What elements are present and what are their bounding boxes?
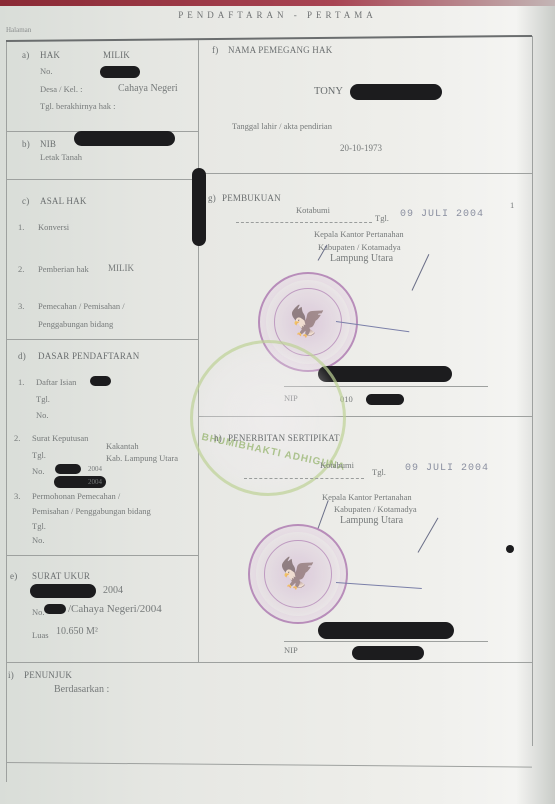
frame-left <box>6 42 7 782</box>
section-b-marker: b) <box>22 139 30 149</box>
penerbitan-line <box>244 478 364 479</box>
pembukuan-region: Lampung Utara <box>330 253 393 264</box>
cover-edge <box>0 0 555 6</box>
surat-keputusan-label: Surat Keputusan <box>32 433 88 443</box>
penunjuk-text: Berdasarkan : <box>54 684 109 695</box>
asal-item-3-text2: Penggabungan bidang <box>38 319 113 329</box>
section-f-marker: f) <box>212 45 218 55</box>
nib-label: NIB <box>40 139 56 149</box>
dasar-pendaftaran-label: DASAR PENDAFTARAN <box>38 351 139 361</box>
watermark-seal <box>190 340 346 496</box>
redaction-sk-no <box>55 464 81 474</box>
section-a-marker: a) <box>22 50 29 60</box>
tgl-berakhir-label: Tgl. berakhirnya hak : <box>40 101 116 111</box>
dasar-item-1-num: 1. <box>18 377 24 387</box>
hak-type-value: MILIK <box>103 50 130 60</box>
divider-fg <box>198 173 532 174</box>
ink-dot <box>506 545 514 553</box>
section-i-marker: i) <box>8 670 14 680</box>
penunjuk-label: PENUNJUK <box>24 670 72 680</box>
asal-item-3-num: 3. <box>18 301 24 311</box>
sk-tgl: Tgl. <box>32 450 46 460</box>
frame-top <box>6 35 532 42</box>
section-c-marker: c) <box>22 196 29 206</box>
pembukuan-office-1: Kepala Kantor Pertanahan <box>314 229 404 239</box>
divider-ei <box>6 662 532 663</box>
asal-item-2-text: Pemberian hak <box>38 264 89 274</box>
redaction-nip-2 <box>352 646 424 660</box>
redaction-nib <box>74 131 175 146</box>
garuda-emblem-icon: 🦅 <box>279 557 316 592</box>
signature-stroke <box>318 500 329 529</box>
redaction-official-name <box>318 366 452 382</box>
birth-label: Tanggal lahir / akta pendirian <box>232 121 332 131</box>
daftar-isian-label: Daftar Isian <box>36 377 76 387</box>
redaction-hak-no <box>100 66 140 78</box>
redaction-daftar-isian <box>90 376 111 386</box>
penerbitan-sertipikat-label: PENERBITAN SERTIPIKAT <box>228 433 340 443</box>
luas-value: 10.650 M² <box>56 626 98 637</box>
permohonan-tgl: Tgl. <box>32 521 46 531</box>
frame-right <box>532 36 533 746</box>
surat-ukur-no-value: /Cahaya Negeri/2004 <box>68 603 162 615</box>
holder-name: TONY <box>314 86 343 97</box>
daftar-isian-tgl: Tgl. <box>36 394 50 404</box>
section-h-marker: h) <box>214 433 222 443</box>
signature-stroke <box>418 518 439 553</box>
pembukuan-office-2: Kabupaten / Kotamadya <box>318 242 401 252</box>
pembukuan-tgl-label: Tgl. <box>375 213 389 223</box>
penerbitan-place: Kotabumi <box>320 460 354 470</box>
penerbitan-region: Lampung Utara <box>340 515 403 526</box>
section-e-marker: e) <box>10 571 17 581</box>
desa-label: Desa / Kel. : <box>40 84 83 94</box>
signature-line <box>336 582 422 589</box>
hak-no-label: No. <box>40 66 53 76</box>
pembukuan-page-num: 1 <box>510 200 514 210</box>
frame-bottom <box>6 762 532 768</box>
birth-value: 20-10-1973 <box>340 143 382 153</box>
surat-ukur-year: 2004 <box>103 585 123 596</box>
daftar-isian-no: No. <box>36 410 49 420</box>
certificate-page: PENDAFTARAN - PERTAMA Halaman a) HAK MIL… <box>0 0 555 804</box>
divider-de <box>6 555 198 556</box>
garuda-emblem-icon: 🦅 <box>289 305 326 340</box>
penerbitan-office-2: Kabupaten / Kotamadya <box>334 504 417 514</box>
desa-value: Cahaya Negeri <box>118 83 178 94</box>
asal-item-2-num: 2. <box>18 264 24 274</box>
redaction-vertical <box>192 168 206 246</box>
letak-tanah-label: Letak Tanah <box>40 152 82 162</box>
document-title: PENDAFTARAN - PERTAMA <box>0 10 555 20</box>
sk-no-suffix: 2004 <box>88 465 102 473</box>
surat-ukur-no-label: No. <box>32 607 45 617</box>
signature-baseline-2 <box>284 641 488 642</box>
asal-item-3-text: Pemecahan / Pemisahan / <box>38 301 125 311</box>
divider-bc <box>6 179 198 180</box>
surat-ukur-label: SURAT UKUR <box>32 571 90 581</box>
sk-no: No. <box>32 466 45 476</box>
dasar-item-2-num: 2. <box>14 433 20 443</box>
signature-stroke <box>412 254 430 291</box>
section-d-marker: d) <box>18 351 26 361</box>
asal-hak-label: ASAL HAK <box>40 196 87 206</box>
divider-cd <box>6 339 198 340</box>
redaction-official-name-2 <box>318 622 454 639</box>
sk-issuer: Kakantah <box>106 441 139 451</box>
redaction-su-number <box>30 584 96 598</box>
asal-item-1-text: Konversi <box>38 222 69 232</box>
asal-item-1-num: 1. <box>18 222 24 232</box>
asal-item-2-value: MILIK <box>108 263 134 273</box>
column-divider <box>198 40 199 662</box>
sk-tgl-value: 2004 <box>88 478 102 486</box>
section-a-label: HAK <box>40 50 60 60</box>
sk-issuer-2: Kab. Lampung Utara <box>106 453 178 463</box>
pembukuan-place: Kotabumi <box>296 205 330 215</box>
pembukuan-label: PEMBUKUAN <box>222 193 281 203</box>
permohonan-no: No. <box>32 535 45 545</box>
redaction-holder-name <box>350 84 442 100</box>
penerbitan-office-1: Kepala Kantor Pertanahan <box>322 492 412 502</box>
nama-pemegang-hak-label: NAMA PEMEGANG HAK <box>228 45 332 55</box>
page-label: Halaman <box>6 26 31 34</box>
official-seal-penerbitan: 🦅 <box>248 524 348 624</box>
permohonan-label: Permohonan Pemecahan / <box>32 491 120 501</box>
pembukuan-line <box>236 222 372 223</box>
penerbitan-date: 09 JULI 2004 <box>405 463 489 474</box>
permohonan-label-2: Pemisahan / Penggabungan bidang <box>32 506 151 516</box>
dasar-item-3-num: 3. <box>14 491 20 501</box>
redaction-su-no <box>44 604 66 614</box>
penerbitan-tgl-label: Tgl. <box>372 467 386 477</box>
luas-label: Luas <box>32 630 49 640</box>
section-g-marker: g) <box>208 193 216 203</box>
redaction-nip <box>366 394 404 405</box>
pembukuan-date: 09 JULI 2004 <box>400 209 484 220</box>
penerbitan-nip-label: NIP <box>284 645 298 655</box>
